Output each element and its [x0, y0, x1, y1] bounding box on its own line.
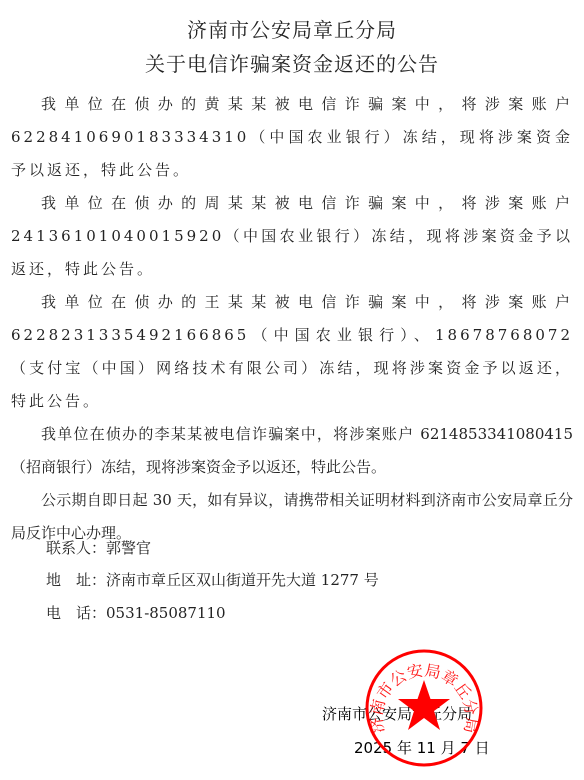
contact-address-label: 地 址： [46, 569, 106, 590]
contact-phone-value: 0531-85087110 [106, 604, 226, 622]
signature-org: 济南市公安局章丘分局 [322, 703, 472, 724]
contact-address: 地 址：济南市章丘区双山街道开先大道 1277 号 [46, 569, 379, 590]
signature-date: 2025 年 11 月 7 日 [354, 737, 490, 758]
contact-address-value: 济南市章丘区双山街道开先大道 1277 号 [106, 571, 379, 589]
contact-person-value: 郭警官 [106, 539, 151, 557]
notice-title-subject: 关于电信诈骗案资金返还的公告 [0, 48, 584, 77]
contact-person: 联系人：郭警官 [46, 537, 151, 558]
paragraph-case-li: 我单位在侦办的李某某被电信诈骗案中，将涉案账户 6214853341080415… [11, 418, 573, 484]
paragraph-case-huang: 我单位在侦办的黄某某被电信诈骗案中，将涉案账户62284106901833343… [11, 88, 573, 187]
paragraph-case-wang: 我单位在侦办的王某某被电信诈骗案中，将涉案账户62282313354921668… [11, 286, 573, 418]
contact-person-label: 联系人： [46, 537, 106, 558]
notice-title-org: 济南市公安局章丘分局 [0, 14, 584, 43]
contact-phone-label: 电 话： [46, 602, 106, 623]
contact-phone: 电 话：0531-85087110 [46, 602, 226, 623]
notice-body: 我单位在侦办的黄某某被电信诈骗案中，将涉案账户62284106901833343… [11, 88, 573, 550]
paragraph-case-zhou: 我单位在侦办的周某某被电信诈骗案中，将涉案账户24136101040015920… [11, 187, 573, 286]
